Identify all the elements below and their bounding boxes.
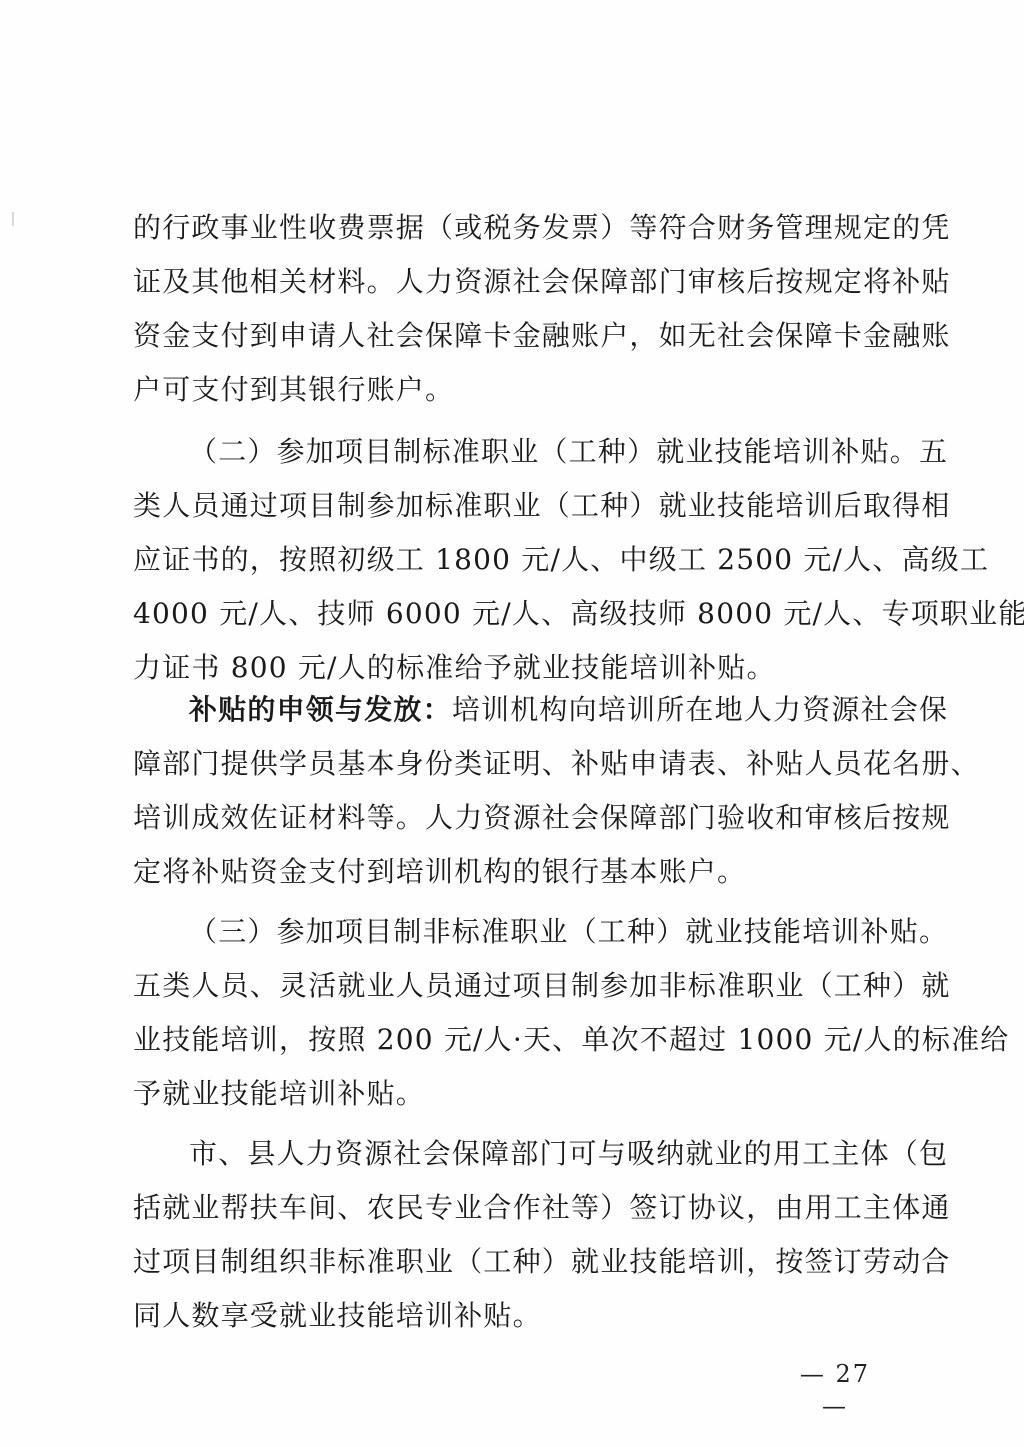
- text-line: 户可支付到其银行账户。: [133, 370, 899, 410]
- document-page: 的行政事业性收费票据（或税务发票）等符合财务管理规定的凭 证及其他相关材料。人力…: [0, 0, 1024, 1447]
- text-line: 市、县人力资源社会保障部门可与吸纳就业的用工主体（包: [189, 1134, 899, 1174]
- text-line: 定将补贴资金支付到培训机构的银行基本账户。: [133, 852, 899, 892]
- page-number: — 27 —: [785, 1358, 885, 1422]
- text-line: 障部门提供学员基本身份类证明、补贴申请表、补贴人员花名册、: [133, 744, 899, 784]
- text-line: 培训成效佐证材料等。人力资源社会保障部门验收和审核后按规: [133, 798, 899, 838]
- text-line: 五类人员、灵活就业人员通过项目制参加非标准职业（工种）就: [133, 966, 899, 1006]
- text-line: 应证书的，按照初级工 1800 元/人、中级工 2500 元/人、高级工: [133, 540, 899, 580]
- text-line: 补贴的申领与发放：培训机构向培训所在地人力资源社会保: [189, 690, 899, 730]
- text-line: 予就业技能培训补贴。: [133, 1074, 899, 1114]
- section-heading-line: （三）参加项目制非标准职业（工种）就业技能培训补贴。: [189, 912, 899, 952]
- text-line: 4000 元/人、技师 6000 元/人、高级技师 8000 元/人、专项职业能: [133, 594, 899, 634]
- bold-lead-label: 补贴的申领与发放：: [189, 693, 452, 726]
- text-line: 资金支付到申请人社会保障卡金融账户，如无社会保障卡金融账: [133, 316, 899, 356]
- text-span: 培训机构向培训所在地人力资源社会保: [452, 693, 948, 726]
- text-line: 业技能培训，按照 200 元/人·天、单次不超过 1000 元/人的标准给: [133, 1020, 899, 1060]
- text-line: 括就业帮扶车间、农民专业合作社等）签订协议，由用工主体通: [133, 1188, 899, 1228]
- text-line: 的行政事业性收费票据（或税务发票）等符合财务管理规定的凭: [133, 208, 899, 248]
- text-line: 同人数享受就业技能培训补贴。: [133, 1296, 899, 1336]
- text-line: 过项目制组织非标准职业（工种）就业技能培训，按签订劳动合: [133, 1242, 899, 1282]
- text-line: 力证书 800 元/人的标准给予就业技能培训补贴。: [133, 648, 899, 688]
- text-line: 类人员通过项目制参加标准职业（工种）就业技能培训后取得相: [133, 486, 899, 526]
- section-heading-line: （二）参加项目制标准职业（工种）就业技能培训补贴。五: [189, 432, 899, 472]
- text-line: 证及其他相关材料。人力资源社会保障部门审核后按规定将补贴: [133, 262, 899, 302]
- scan-artifact: [12, 212, 14, 226]
